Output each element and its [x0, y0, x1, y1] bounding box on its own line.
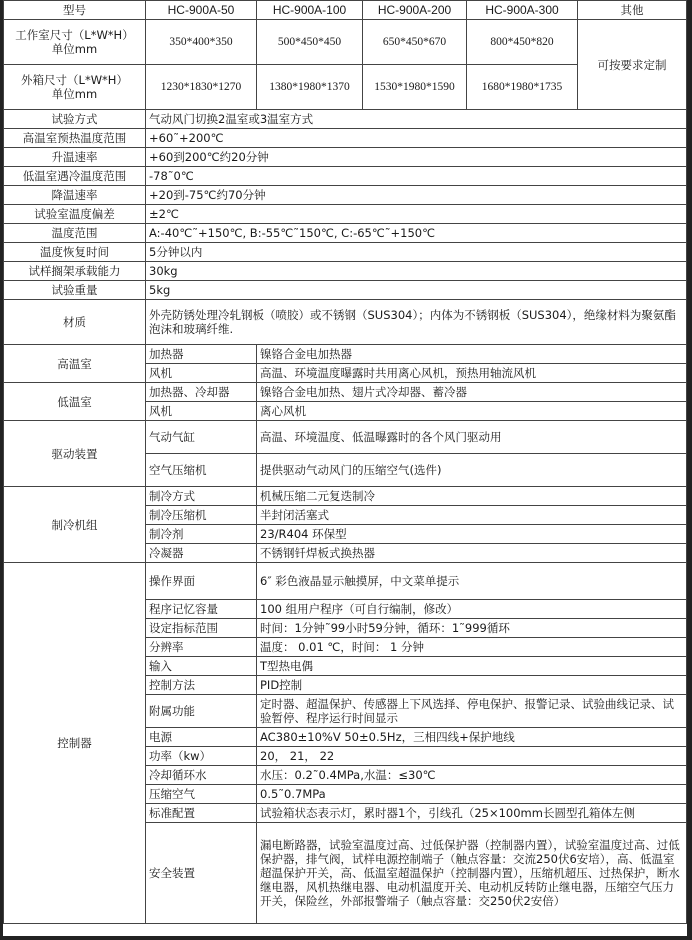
group-sub-label: 电源 [146, 728, 257, 747]
group-value: PID控制 [257, 676, 687, 695]
model-2: HC-900A-100 [257, 1, 363, 20]
model-3: HC-900A-200 [363, 1, 467, 20]
other-note: 可按要求定制 [578, 20, 687, 110]
group-sub-label: 空气压缩机 [146, 454, 257, 487]
group-sub-label: 风机 [146, 402, 257, 421]
spec-row: 试验重量5kg [4, 281, 687, 300]
dimension-value: 1380*1980*1370 [257, 65, 363, 110]
spec-value: 5kg [146, 281, 687, 300]
group-row: 低温室 加热器、冷却器 镍铬合金电加热、翅片式冷却器、蓄冷器 [4, 383, 687, 402]
model-1: HC-900A-50 [146, 1, 257, 20]
group-sub-label: 风机 [146, 364, 257, 383]
group-row: 制冷机组 制冷方式 机械压缩二元复迭制冷 [4, 487, 687, 506]
spec-row: 试验方式气动风门切换2温室或3温室方式 [4, 110, 687, 129]
dimension-value: 1230*1830*1270 [146, 65, 257, 110]
group-value: 半封闭活塞式 [257, 506, 687, 525]
spec-row: 低温室遇冷温度范围-78˜0℃ [4, 167, 687, 186]
dimension-value: 1680*1980*1735 [467, 65, 578, 110]
group-value: 6″ 彩色液晶显示触摸屏，中文菜单提示 [257, 563, 687, 600]
group-value: 不锈钢钎焊板式换热器 [257, 544, 687, 563]
group-row: 高温室 加热器 镍铬合金电加热器 [4, 345, 687, 364]
header-row: 型号 HC-900A-50 HC-900A-100 HC-900A-200 HC… [4, 1, 687, 20]
spec-row: 降温速率+20到-75℃约70分钟 [4, 186, 687, 205]
group-row: 控制器 操作界面 6″ 彩色液晶显示触摸屏，中文菜单提示 [4, 563, 687, 600]
group-sub-label: 输入 [146, 657, 257, 676]
spec-value: +60到200℃约20分钟 [146, 148, 687, 167]
material-value: 外壳防锈处理冷轧钢板（喷胶）或不锈钢（SUS304）；内体为不锈钢板（SUS30… [146, 300, 687, 345]
group-label-drive: 驱动装置 [4, 421, 146, 487]
group-value: 试验箱状态表示灯，累时器1个，引线孔（25×100mm长圆型孔箱体左侧 [257, 804, 687, 823]
group-value: T型热电偶 [257, 657, 687, 676]
group-row: 驱动装置 气动气缸 高温、环境温度、低温曝露时的各个风门驱动用 [4, 421, 687, 454]
specification-table: 型号 HC-900A-50 HC-900A-100 HC-900A-200 HC… [3, 0, 687, 924]
spec-row: 温度恢复时间5分钟以内 [4, 243, 687, 262]
group-value: 定时器、超温保护、传感器上下风选择、停电保护、报警记录、试验曲线记录、试验暂停、… [257, 695, 687, 728]
group-value: 23/R404 环保型 [257, 525, 687, 544]
group-sub-label: 分辨率 [146, 638, 257, 657]
group-sub-label: 控制方法 [146, 676, 257, 695]
group-value: 温度： 0.01 ℃，时间： 1 分钟 [257, 638, 687, 657]
spec-value: A:-40℃˜+150℃, B:-55℃˜150℃, C:-65℃˜+150℃ [146, 224, 687, 243]
spec-value: +60˜+200℃ [146, 129, 687, 148]
dimension-value: 350*400*350 [146, 20, 257, 65]
group-sub-label: 附属功能 [146, 695, 257, 728]
group-sub-label: 功率（kw） [146, 747, 257, 766]
group-sub-label: 压缩空气 [146, 785, 257, 804]
dimension-label-line2: 单位mm [7, 87, 142, 101]
group-value: 0.5˜0.7MPa [257, 785, 687, 804]
bottom-border [0, 936, 692, 940]
group-sub-label: 气动气缸 [146, 421, 257, 454]
material-row: 材质 外壳防锈处理冷轧钢板（喷胶）或不锈钢（SUS304）；内体为不锈钢板（SU… [4, 300, 687, 345]
model-4: HC-900A-300 [467, 1, 578, 20]
spec-row: 试样搁架承载能力30kg [4, 262, 687, 281]
group-value: 提供驱动气动风门的压缩空气(选件) [257, 454, 687, 487]
group-value: 高温、环境温度曝露时共用离心风机，预热用轴流风机 [257, 364, 687, 383]
spec-label: 低温室遇冷温度范围 [4, 167, 146, 186]
group-value: 100 组用户程序（可自行编制，修改） [257, 600, 687, 619]
group-sub-label: 加热器、冷却器 [146, 383, 257, 402]
spec-row: 高温室预热温度范围+60˜+200℃ [4, 129, 687, 148]
spec-label: 高温室预热温度范围 [4, 129, 146, 148]
group-value: 镍铬合金电加热、翅片式冷却器、蓄冷器 [257, 383, 687, 402]
spec-label: 温度范围 [4, 224, 146, 243]
group-value: 离心风机 [257, 402, 687, 421]
spec-label: 温度恢复时间 [4, 243, 146, 262]
group-sub-label: 标准配置 [146, 804, 257, 823]
spec-label: 升温速率 [4, 148, 146, 167]
group-sub-label: 制冷方式 [146, 487, 257, 506]
group-value: 20， 21， 22 [257, 747, 687, 766]
spec-value: ±2℃ [146, 205, 687, 224]
dimension-label: 外箱尺寸（L*W*H） 单位mm [4, 65, 146, 110]
group-sub-label: 安全装置 [146, 823, 257, 924]
group-label-controller: 控制器 [4, 563, 146, 924]
group-value: 机械压缩二元复迭制冷 [257, 487, 687, 506]
group-sub-label: 制冷压缩机 [146, 506, 257, 525]
spec-label: 降温速率 [4, 186, 146, 205]
group-sub-label: 操作界面 [146, 563, 257, 600]
group-label-refrigeration: 制冷机组 [4, 487, 146, 563]
group-label-high-temp: 高温室 [4, 345, 146, 383]
spec-label: 试验室温度偏差 [4, 205, 146, 224]
group-value: 高温、环境温度、低温曝露时的各个风门驱动用 [257, 421, 687, 454]
group-value: 镍铬合金电加热器 [257, 345, 687, 364]
group-label-low-temp: 低温室 [4, 383, 146, 421]
dimension-label-line1: 工作室尺寸（L*W*H） [7, 28, 142, 42]
spec-row: 试验室温度偏差±2℃ [4, 205, 687, 224]
dimension-label: 工作室尺寸（L*W*H） 单位mm [4, 20, 146, 65]
group-sub-label: 冷却循环水 [146, 766, 257, 785]
dimension-label-line2: 单位mm [7, 42, 142, 56]
spec-value: 30kg [146, 262, 687, 281]
dimension-value: 1530*1980*1590 [363, 65, 467, 110]
spec-label: 试验重量 [4, 281, 146, 300]
material-label: 材质 [4, 300, 146, 345]
spec-label: 试验方式 [4, 110, 146, 129]
group-sub-label: 程序记忆容量 [146, 600, 257, 619]
group-sub-label: 制冷剂 [146, 525, 257, 544]
group-value: AC380±10%V 50±0.5Hz，三相四线+保护地线 [257, 728, 687, 747]
spec-value: 气动风门切换2温室或3温室方式 [146, 110, 687, 129]
group-value: 水压：0.2˜0.4MPa,水温：≤30℃ [257, 766, 687, 785]
dimension-value: 650*450*670 [363, 20, 467, 65]
spec-row: 温度范围A:-40℃˜+150℃, B:-55℃˜150℃, C:-65℃˜+1… [4, 224, 687, 243]
spec-sheet-frame: 型号 HC-900A-50 HC-900A-100 HC-900A-200 HC… [0, 0, 692, 940]
spec-value: 5分钟以内 [146, 243, 687, 262]
dimension-row-working: 工作室尺寸（L*W*H） 单位mm 350*400*350 500*450*45… [4, 20, 687, 65]
other-label: 其他 [578, 1, 687, 20]
group-value: 漏电断路器，试验室温度过高、过低保护器（控制器内置），试验室温度过高、过低保护器… [257, 823, 687, 924]
spec-row: 升温速率+60到200℃约20分钟 [4, 148, 687, 167]
group-sub-label: 加热器 [146, 345, 257, 364]
dimension-value: 800*450*820 [467, 20, 578, 65]
group-sub-label: 冷凝器 [146, 544, 257, 563]
spec-value: +20到-75℃约70分钟 [146, 186, 687, 205]
group-sub-label: 设定指标范围 [146, 619, 257, 638]
dimension-value: 500*450*450 [257, 20, 363, 65]
spec-label: 试样搁架承载能力 [4, 262, 146, 281]
group-value: 时间：1分钟˜99小时59分钟，循环：1˜999循环 [257, 619, 687, 638]
spec-value: -78˜0℃ [146, 167, 687, 186]
model-label: 型号 [4, 1, 146, 20]
dimension-label-line1: 外箱尺寸（L*W*H） [7, 73, 142, 87]
